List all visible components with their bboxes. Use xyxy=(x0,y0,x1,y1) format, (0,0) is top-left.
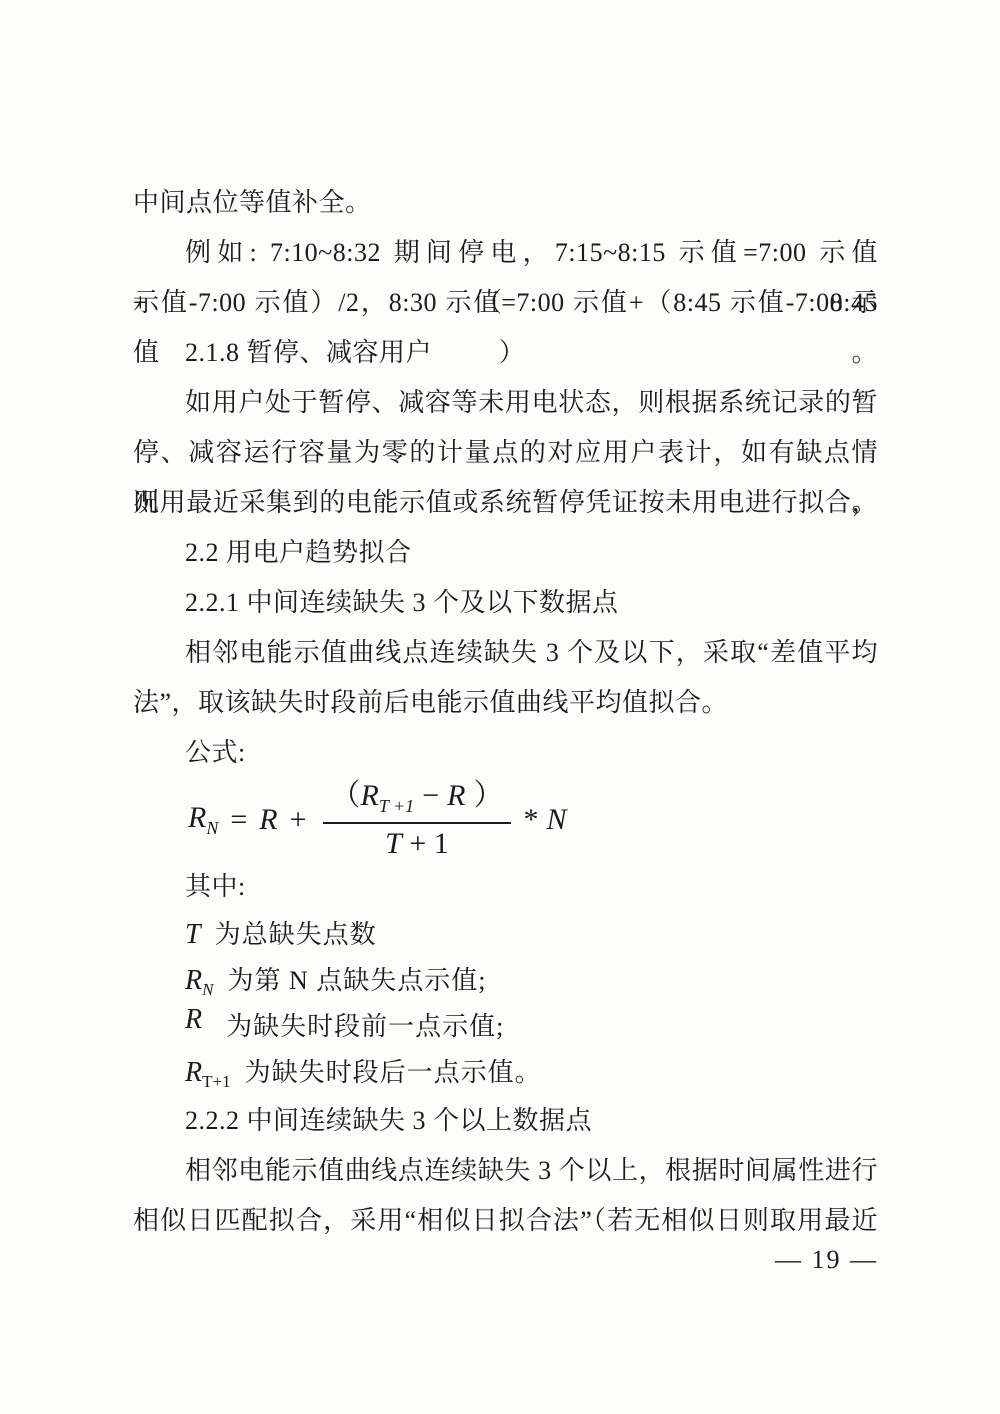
paragraph-line: 相邻电能示值曲线点连续缺失 3 个及以下，采取“差值平均 xyxy=(133,628,878,678)
definition-text: 为第 N 点缺失点示值; xyxy=(227,966,486,995)
formula-r-term: R xyxy=(259,803,277,838)
numerator-r: R xyxy=(361,779,379,812)
equals-sign: = xyxy=(230,803,247,838)
formula-fraction: （RT +1−R） T + 1 xyxy=(323,779,512,861)
math-symbol-r: R xyxy=(185,1004,202,1035)
math-symbol-subscript-t1: T+1 xyxy=(202,1072,230,1091)
formula-label: 公式: xyxy=(133,728,878,778)
plus-sign: + xyxy=(290,803,307,838)
paragraph-line: 如用户处于暂停、减容等未用电状态，则根据系统记录的暂 xyxy=(133,378,878,428)
math-symbol-subscript-n: N xyxy=(202,980,213,999)
paragraph-line: 相邻电能示值曲线点连续缺失 3 个以上，根据时间属性进行 xyxy=(133,1146,878,1196)
formula-definition-rn: RN为第 N 点缺失点示值; xyxy=(133,958,878,1004)
denominator-t: T xyxy=(385,827,402,860)
paragraph-line: 相似日匹配拟合，采用“相似日拟合法”（若无相似日则取用最近 xyxy=(133,1196,878,1246)
fraction-numerator: （RT +1−R） xyxy=(323,779,512,824)
definition-text: 为总缺失点数 xyxy=(215,920,377,949)
section-heading-2-2-2: 2.2.2 中间连续缺失 3 个以上数据点 xyxy=(133,1096,878,1146)
math-symbol-r: R xyxy=(185,1057,202,1088)
document-body: 中间点位等值补全。 例如: 7:10~8:32 期间停电，7:15~8:15 示… xyxy=(133,178,878,1246)
open-paren: （ xyxy=(331,779,361,812)
paragraph-line: 则用最近采集到的电能示值或系统暂停凭证按未用电进行拟合。 xyxy=(133,478,878,528)
math-symbol-r: R xyxy=(185,965,202,996)
formula-lhs-base: R xyxy=(188,801,206,834)
minus-sign: − xyxy=(422,779,439,812)
fraction-denominator: T + 1 xyxy=(385,824,449,862)
paragraph-line: 法”，取该缺失时段前后电能示值曲线平均值拟合。 xyxy=(133,678,878,728)
paragraph-line: 示值-7:00 示值）/2，8:30 示值=7:00 示值+（8:45 示值-7… xyxy=(133,278,878,328)
section-heading-2-2-1: 2.2.1 中间连续缺失 3 个及以下数据点 xyxy=(133,578,878,628)
close-paren: ） xyxy=(473,779,503,812)
formula-definition-r: R为缺失时段前一点示值; xyxy=(133,1004,878,1050)
paragraph-line-example: 例如: 7:10~8:32 期间停电，7:15~8:15 示值=7:00 示值+… xyxy=(133,228,878,278)
paragraph-line: 中间点位等值补全。 xyxy=(133,178,878,228)
math-symbol-t: T xyxy=(185,919,201,950)
interpolation-formula: RN = R + （RT +1−R） T + 1 * N xyxy=(188,778,878,862)
definitions-label: 其中: xyxy=(133,862,878,912)
numerator-r2: R xyxy=(447,779,465,812)
formula-definition-rt1: RT+1为缺失时段后一点示值。 xyxy=(133,1050,878,1096)
multiply-sign: * xyxy=(523,803,538,838)
formula-definition-t: T为总缺失点数 xyxy=(133,912,878,958)
section-heading-2-2: 2.2 用电户趋势拟合 xyxy=(133,528,878,578)
formula-lhs-subscript: N xyxy=(206,818,218,838)
formula-n-term: N xyxy=(546,803,566,838)
paragraph-line: 停、减容运行容量为零的计量点的对应用户表计，如有缺点情况， xyxy=(133,428,878,478)
definition-text: 为缺失时段后一点示值。 xyxy=(245,1058,542,1087)
document-page: 中间点位等值补全。 例如: 7:10~8:32 期间停电，7:15~8:15 示… xyxy=(0,0,1000,1414)
formula-lhs: RN xyxy=(188,801,218,839)
numerator-subscript: T +1 xyxy=(379,796,414,816)
denominator-rest: + 1 xyxy=(409,827,448,860)
page-number: — 19 — xyxy=(775,1246,878,1274)
definition-text: 为缺失时段前一点示值; xyxy=(226,1012,504,1041)
